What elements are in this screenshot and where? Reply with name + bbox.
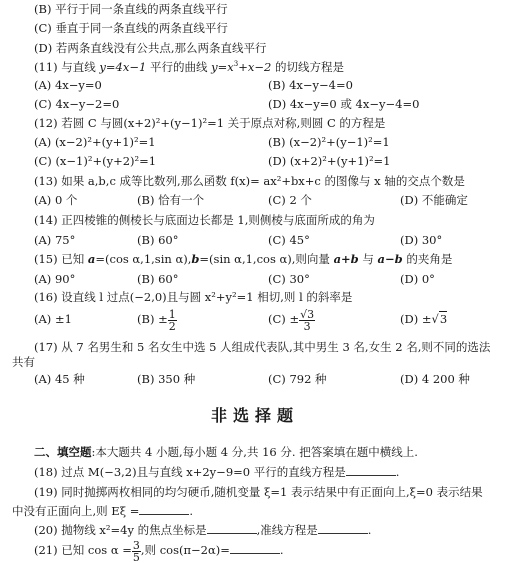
fraction: √33 — [299, 309, 315, 332]
fraction: 12 — [168, 309, 177, 332]
answer-blank[interactable] — [139, 504, 189, 515]
stem-text: 与直线 — [61, 60, 96, 74]
option-text: 平行于同一条直线的两条直线平行 — [55, 2, 228, 16]
q16-option-d: (D) ±√3 — [400, 304, 447, 334]
stem-text: =(cos α,1,sin α), — [95, 252, 191, 266]
q10-option-b: (B) 平行于同一条直线的两条直线平行 — [34, 0, 510, 18]
q14-options: (A) 75° (B) 60° (C) 45° (D) 30° — [0, 231, 510, 249]
q11-options-row2: (C) 4x−y−2=0 (D) 4x−y=0 或 4x−y−4=0 — [0, 95, 510, 113]
q15-option-b: (B) 60° — [137, 270, 178, 288]
vector-diff: a−b — [378, 252, 403, 266]
question-number: (21) — [34, 543, 58, 557]
vector-sum: a+b — [334, 252, 359, 266]
q14-option-a: (A) 75° — [34, 231, 75, 249]
punctuation: . — [368, 523, 372, 537]
stem-text: 已知 — [61, 252, 84, 266]
question-number: (15) — [34, 252, 58, 266]
question-number: (11) — [34, 60, 58, 74]
stem-text: 的夹角是 — [406, 252, 452, 266]
q12-options-row1: (A) (x−2)²+(y+1)²=1 (B) (x−2)²+(y−1)²=1 — [0, 133, 510, 151]
answer-blank-focus[interactable] — [207, 523, 257, 534]
question-number: (20) — [34, 523, 58, 537]
q13-options: (A) 0 个 (B) 恰有一个 (C) 2 个 (D) 不能确定 — [0, 191, 510, 209]
q15-stem: (15) 已知 a=(cos α,1,sin α),b=(sin α,1,cos… — [34, 250, 510, 268]
q13-option-a: (A) 0 个 — [34, 191, 77, 209]
stem-text: 与 — [362, 252, 374, 266]
q12-option-d: (D) (x+2)²+(y+1)²=1 — [268, 152, 391, 170]
stem-text: 抛物线 x²=4y 的焦点坐标是 — [61, 523, 206, 537]
question-number: (17) — [34, 340, 58, 354]
option-label: (D) — [34, 41, 52, 55]
q15-option-d: (D) 0° — [400, 270, 435, 288]
q13-option-d: (D) 不能确定 — [400, 191, 468, 209]
punctuation: . — [396, 465, 400, 479]
stem-text: ,准线方程是 — [257, 523, 318, 537]
stem-text: =(sin α,1,cos α),则向量 — [199, 252, 330, 266]
question-number: (12) — [34, 116, 58, 130]
q16-option-a: (A) ±1 — [34, 304, 72, 334]
q18-stem: (18) 过点 M(−3,2)且与直线 x+2y−9=0 平行的直线方程是. — [34, 463, 510, 481]
stem-text: 过点 M(−3,2)且与直线 x+2y−9=0 平行的直线方程是 — [61, 465, 345, 479]
q21-stem: (21) 已知 cos α =35,则 cos(π−2α)=. — [34, 538, 510, 563]
q17-option-d: (D) 4 200 种 — [400, 370, 470, 388]
option-label: (B) — [34, 2, 51, 16]
q14-option-d: (D) 30° — [400, 231, 442, 249]
q12-stem: (12) 若圆 C 与圆(x+2)²+(y−1)²=1 关于原点对称,则圆 C … — [34, 114, 510, 132]
stem-text: 正四棱锥的侧棱长与底面边长都是 1,则侧棱与底面所成的角为 — [61, 213, 375, 227]
q13-stem: (13) 如果 a,b,c 成等比数列,那么函数 f(x)= ax²+bx+c … — [34, 172, 510, 190]
option-text: 若两条直线没有公共点,那么两条直线平行 — [56, 41, 267, 55]
q12-options-row2: (C) (x−1)²+(y+2)²=1 (D) (x+2)²+(y+1)²=1 — [0, 152, 510, 170]
stem-text: 若圆 C 与圆(x+2)²+(y−1)²=1 关于原点对称,则圆 C 的方程是 — [61, 116, 385, 130]
question-number: (14) — [34, 213, 58, 227]
q10-option-d: (D) 若两条直线没有公共点,那么两条直线平行 — [34, 39, 510, 57]
stem-text: 设直线 l 过点(−2,0)且与圆 x²+y²=1 相切,则 l 的斜率是 — [61, 290, 352, 304]
q10-option-c: (C) 垂直于同一条直线的两条直线平行 — [34, 19, 510, 37]
q17-options: (A) 45 种 (B) 350 种 (C) 792 种 (D) 4 200 种 — [0, 370, 510, 388]
question-number: (13) — [34, 174, 58, 188]
question-number: (19) — [34, 485, 58, 499]
question-number: (16) — [34, 290, 58, 304]
q17-stem-cont: 共有 — [12, 353, 510, 371]
stem-text: 的切线方程是 — [275, 60, 344, 74]
equation: y=4x−1 — [99, 60, 146, 74]
q12-option-b: (B) (x−2)²+(y−1)²=1 — [268, 133, 390, 151]
stem-text: 如果 a,b,c 成等比数列,那么函数 f(x)= ax²+bx+c 的图像与 … — [61, 174, 465, 188]
q11-option-a: (A) 4x−y=0 — [34, 76, 102, 94]
q15-option-c: (C) 30° — [268, 270, 310, 288]
q12-option-c: (C) (x−1)²+(y+2)²=1 — [34, 152, 156, 170]
q19-stem: (19) 同时抛掷两枚相同的均匀硬币,随机变量 ξ=1 表示结果中有正面向上,ξ… — [34, 483, 510, 501]
q12-option-a: (A) (x−2)²+(y+1)²=1 — [34, 133, 156, 151]
fraction: 35 — [132, 540, 141, 563]
q11-options-row1: (A) 4x−y=0 (B) 4x−y−4=0 — [0, 76, 510, 94]
stem-text: ,则 cos(π−2α)= — [141, 543, 230, 557]
q19-stem-cont: 中没有正面向上,则 Eξ =. — [12, 502, 510, 520]
option-text: 垂直于同一条直线的两条直线平行 — [55, 21, 228, 35]
q14-option-c: (C) 45° — [268, 231, 310, 249]
answer-blank-directrix[interactable] — [318, 523, 368, 534]
stem-text: 中没有正面向上,则 Eξ = — [12, 504, 139, 518]
q17-option-a: (A) 45 种 — [34, 370, 85, 388]
equation: +x−2 — [238, 60, 271, 74]
q15-option-a: (A) 90° — [34, 270, 75, 288]
stem-text: 同时抛掷两枚相同的均匀硬币,随机变量 ξ=1 表示结果中有正面向上,ξ=0 表示… — [61, 485, 482, 499]
q16-option-c: (C) ±√33 — [268, 304, 315, 334]
stem-text: 共有 — [12, 355, 35, 369]
part2-instructions: 二、填空题:本大题共 4 小题,每小题 4 分,共 16 分. 把答案填在题中横… — [34, 443, 510, 461]
q17-option-b: (B) 350 种 — [137, 370, 195, 388]
punctuation: . — [189, 504, 193, 518]
section-heading: 非选择题 — [0, 403, 510, 426]
q16-option-b: (B) ±12 — [137, 304, 177, 334]
part-description: :本大题共 4 小题,每小题 4 分,共 16 分. 把答案填在题中横线上. — [92, 445, 418, 459]
q15-options: (A) 90° (B) 60° (C) 30° (D) 0° — [0, 270, 510, 288]
q13-option-b: (B) 恰有一个 — [137, 191, 204, 209]
equation: y=x — [211, 60, 234, 74]
part-title: 二、填空题 — [34, 445, 92, 459]
answer-blank[interactable] — [346, 465, 396, 476]
q17-option-c: (C) 792 种 — [268, 370, 327, 388]
q13-option-c: (C) 2 个 — [268, 191, 312, 209]
q11-option-d: (D) 4x−y=0 或 4x−y−4=0 — [268, 95, 419, 113]
q14-option-b: (B) 60° — [137, 231, 178, 249]
answer-blank[interactable] — [230, 543, 280, 554]
stem-text: 从 7 名男生和 5 名女生中选 5 人组成代表队,其中男生 3 名,女生 2 … — [61, 340, 490, 354]
q16-options: (A) ±1 (B) ±12 (C) ±√33 (D) ±√3 — [0, 304, 510, 334]
q20-stem: (20) 抛物线 x²=4y 的焦点坐标是,准线方程是. — [34, 521, 510, 539]
stem-text: 已知 cos α = — [61, 543, 132, 557]
q11-option-c: (C) 4x−y−2=0 — [34, 95, 119, 113]
q11-option-b: (B) 4x−y−4=0 — [268, 76, 353, 94]
option-label: (C) — [34, 21, 52, 35]
stem-text: 平行的曲线 — [150, 60, 208, 74]
q14-stem: (14) 正四棱锥的侧棱长与底面边长都是 1,则侧棱与底面所成的角为 — [34, 211, 510, 229]
punctuation: . — [280, 543, 284, 557]
question-number: (18) — [34, 465, 58, 479]
q11-stem: (11) 与直线 y=4x−1 平行的曲线 y=x3+x−2 的切线方程是 — [34, 58, 510, 76]
